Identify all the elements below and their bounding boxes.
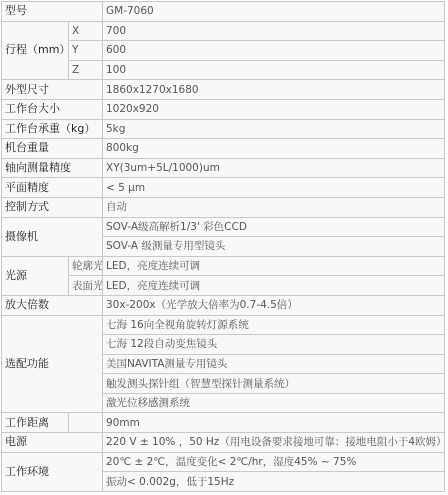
value-power: 220 V ± 10% ，50 Hz（用电设备要求接地可靠：接地电阻小于4欧姆）	[103, 433, 445, 453]
label-table-load: 工作台承重（kg）	[2, 119, 103, 139]
label-axial-accuracy: 轴向测量精度	[2, 158, 103, 178]
row-power: 电源 220 V ± 10% ，50 Hz（用电设备要求接地可靠：接地电阻小于4…	[2, 433, 445, 453]
row-magnification: 放大倍数 30x-200x（光学放大倍率为0.7-4.5倍）	[2, 295, 445, 315]
label-machine-weight: 机台重量	[2, 139, 103, 159]
axis-x: X	[69, 21, 103, 41]
axis-y: Y	[69, 41, 103, 61]
label-light: 光源	[2, 256, 69, 295]
row-camera-1: 摄像机 SOV-A级高解析1/3' 彩色CCD	[2, 217, 445, 237]
row-dimensions: 外型尺寸 1860x1270x1680	[2, 80, 445, 100]
value-control: 自动	[103, 197, 445, 217]
value-option-4: 触发测头探针组（智慧型探针测量系统）	[103, 374, 445, 394]
value-option-5: 激光位移感测系统	[103, 393, 445, 413]
value-flatness: < 5 µm	[103, 178, 445, 198]
row-options-1: 选配功能 七海 16向全视角旋转灯源系统	[2, 315, 445, 335]
value-light-surface: LED，亮度连续可调	[103, 276, 445, 296]
row-flatness: 平面精度 < 5 µm	[2, 178, 445, 198]
value-option-3: 美国NAVITA测量专用镜头	[103, 354, 445, 374]
value-option-2: 七海 12段自动变焦镜头	[103, 335, 445, 355]
light-type-surface: 表面光	[69, 276, 103, 296]
row-table-size: 工作台大小 1020x920	[2, 99, 445, 119]
label-working-distance: 工作距离	[2, 413, 69, 433]
value-working-distance: 90mm	[103, 413, 445, 433]
row-travel-z: Z 100	[2, 60, 445, 80]
row-axial-accuracy: 轴向测量精度 XY(3um+5L/1000)um	[2, 158, 445, 178]
value-camera-1: SOV-A级高解析1/3' 彩色CCD	[103, 217, 445, 237]
spec-table: 型号 GM-7060 行程（mm） X 700 Y 600 Z 100 外型尺寸…	[1, 1, 445, 492]
row-light-1: 光源 轮廓光 LED，亮度连续可调	[2, 256, 445, 276]
row-working-distance: 工作距离 90mm	[2, 413, 445, 433]
value-model: GM-7060	[103, 2, 445, 22]
label-dimensions: 外型尺寸	[2, 80, 103, 100]
label-magnification: 放大倍数	[2, 295, 103, 315]
label-table-size: 工作台大小	[2, 99, 103, 119]
row-control: 控制方式 自动	[2, 197, 445, 217]
value-axial-accuracy: XY(3um+5L/1000)um	[103, 158, 445, 178]
value-travel-x: 700	[103, 21, 445, 41]
label-camera: 摄像机	[2, 217, 103, 256]
label-options: 选配功能	[2, 315, 103, 413]
row-environment-1: 工作环境 20℃ ± 2℃，温度变化< 2℃/hr，湿度45% ~ 75%	[2, 452, 445, 472]
label-travel: 行程（mm）	[2, 21, 69, 80]
value-travel-z: 100	[103, 60, 445, 80]
value-machine-weight: 800kg	[103, 139, 445, 159]
label-model: 型号	[2, 2, 103, 22]
label-power: 电源	[2, 433, 103, 453]
value-travel-y: 600	[103, 41, 445, 61]
label-environment: 工作环境	[2, 452, 103, 491]
empty-cell	[69, 413, 103, 433]
value-environment-1: 20℃ ± 2℃，温度变化< 2℃/hr，湿度45% ~ 75%	[103, 452, 445, 472]
row-machine-weight: 机台重量 800kg	[2, 139, 445, 159]
label-control: 控制方式	[2, 197, 103, 217]
value-option-1: 七海 16向全视角旋转灯源系统	[103, 315, 445, 335]
row-model: 型号 GM-7060	[2, 2, 445, 22]
value-table-load: 5kg	[103, 119, 445, 139]
axis-z: Z	[69, 60, 103, 80]
light-type-contour: 轮廓光	[69, 256, 103, 276]
value-table-size: 1020x920	[103, 99, 445, 119]
label-flatness: 平面精度	[2, 178, 103, 198]
value-light-contour: LED，亮度连续可调	[103, 256, 445, 276]
row-table-load: 工作台承重（kg） 5kg	[2, 119, 445, 139]
row-light-2: 表面光 LED，亮度连续可调	[2, 276, 445, 296]
value-environment-2: 振动< 0.002g，低于15Hz	[103, 472, 445, 492]
row-travel-x: 行程（mm） X 700	[2, 21, 445, 41]
value-camera-2: SOV-A 级测量专用型镜头	[103, 237, 445, 257]
value-magnification: 30x-200x（光学放大倍率为0.7-4.5倍）	[103, 295, 445, 315]
value-dimensions: 1860x1270x1680	[103, 80, 445, 100]
